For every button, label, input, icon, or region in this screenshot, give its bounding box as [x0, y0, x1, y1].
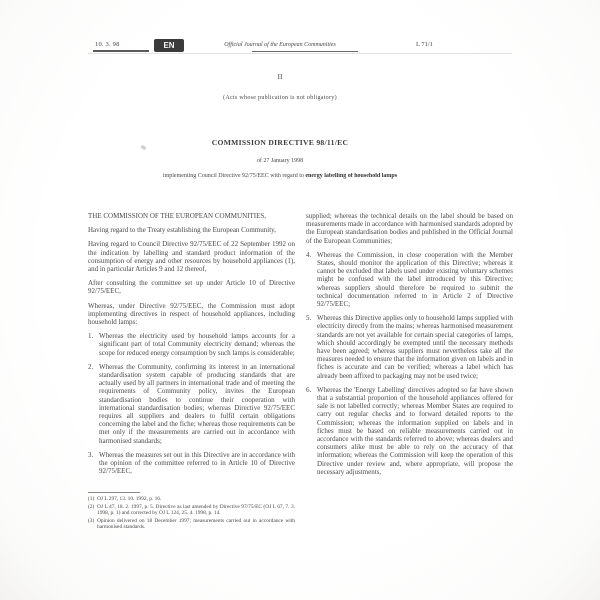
preamble-institution: THE COMMISSION OF THE EUROPEAN COMMUNITI…	[88, 212, 295, 220]
subtitle-regular: implementing Council Directive 92/75/EEC…	[163, 173, 304, 179]
recital-1-text: Whereas the electricity used by househol…	[99, 332, 295, 356]
header-rule-faint	[88, 53, 512, 54]
preamble-treaty: Having regard to the Treaty establishing…	[88, 226, 295, 234]
recital-5-text: Whereas this Directive applies only to h…	[317, 314, 513, 379]
footnote-3-marker: (3)	[88, 518, 94, 524]
footnote-2-text: OJ L 47, 18. 2. 1997, p. 5. Directive as…	[97, 504, 295, 516]
header-rule	[252, 51, 358, 52]
left-column: THE COMMISSION OF THE EUROPEAN COMMUNITI…	[88, 212, 295, 488]
language-badge: EN	[154, 39, 184, 52]
footnote-3-text: Opinion delivered on 18 December 1997; m…	[97, 518, 295, 530]
recital-5: 5. Whereas this Directive applies only t…	[306, 314, 513, 380]
footnote-1-marker: (1)	[88, 496, 94, 502]
recital-3-number: 3.	[88, 451, 93, 459]
section-note: (Acts whose publication is not obligator…	[68, 95, 492, 101]
footnote-1: (1) OJ L 297, 13. 10. 1992, p. 16.	[88, 496, 295, 502]
title-block: COMMISSION DIRECTIVE 98/11/EC of 27 Janu…	[68, 138, 492, 179]
recital-2-number: 2.	[88, 363, 93, 371]
header-date: 10. 3. 98	[95, 41, 120, 48]
recital-6: 6. Whereas the 'Energy Labelling' direct…	[306, 386, 513, 476]
recital-3-text: Whereas the measures set out in this Dir…	[99, 451, 295, 475]
footnote-1-text: OJ L 297, 13. 10. 1992, p. 16.	[97, 496, 161, 502]
document-subtitle: implementing Council Directive 92/75/EEC…	[68, 173, 492, 179]
recital-4: 4. Whereas the Commission, in close coop…	[306, 251, 513, 308]
journal-title: Official Journal of the European Communi…	[205, 42, 355, 48]
preamble-whereas-intro: Whereas, under Directive 92/75/EEC, the …	[88, 302, 295, 327]
scanned-document-page: 10. 3. 98 EN Official Journal of the Eur…	[0, 0, 600, 600]
footnotes-block: (1) OJ L 297, 13. 10. 1992, p. 16. (2) O…	[88, 492, 295, 532]
footnote-3: (3) Opinion delivered on 18 December 199…	[88, 518, 295, 530]
preamble-committee: After consulting the committee set up un…	[88, 279, 295, 295]
recital-5-number: 5.	[306, 314, 311, 322]
document-date-line: of 27 January 1998	[68, 158, 492, 164]
right-intro-paragraph: supplied; whereas the technical details …	[306, 212, 513, 245]
footnote-2-marker: (2)	[88, 504, 94, 510]
recital-1: 1. Whereas the electricity used by house…	[88, 332, 295, 357]
header-date-rule	[93, 50, 149, 52]
recital-6-text: Whereas the 'Energy Labelling' directive…	[317, 386, 513, 476]
recital-4-number: 4.	[306, 251, 311, 259]
header-page-ref: L 71/1	[416, 41, 433, 48]
recital-2-text: Whereas the Community, confirming its in…	[99, 363, 295, 445]
footnote-2: (2) OJ L 47, 18. 2. 1997, p. 5. Directiv…	[88, 504, 295, 516]
section-numeral: II	[68, 72, 492, 81]
recital-1-number: 1.	[88, 332, 93, 340]
recital-3: 3. Whereas the measures set out in this …	[88, 451, 295, 476]
recital-2: 2. Whereas the Community, confirming its…	[88, 363, 295, 445]
document-title: COMMISSION DIRECTIVE 98/11/EC	[68, 138, 492, 147]
subtitle-bold: energy labelling of household lamps	[305, 173, 397, 179]
recital-4-text: Whereas the Commission, in close coopera…	[317, 251, 513, 308]
preamble-directive-citation: Having regard to Council Directive 92/75…	[88, 240, 295, 273]
recital-6-number: 6.	[306, 386, 311, 394]
footnote-rule	[88, 492, 140, 493]
right-column: supplied; whereas the technical details …	[306, 212, 513, 564]
